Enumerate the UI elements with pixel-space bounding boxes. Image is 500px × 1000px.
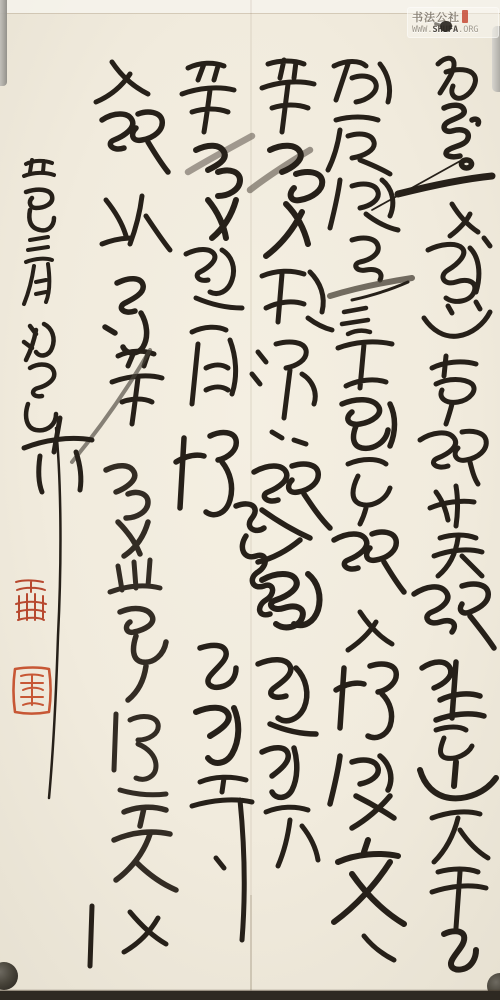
watermark-url-org: .ORG — [458, 25, 478, 35]
site-watermark: 书法公社 WWW.SHUFA.ORG — [407, 7, 499, 38]
watermark-red-seal-icon — [462, 10, 468, 23]
calligraphy-scroll-photo: 书法公社 WWW.SHUFA.ORG — [0, 0, 500, 1000]
left-scroll-rod — [0, 0, 7, 86]
watermark-url-www: WWW. — [412, 25, 432, 35]
bottom-dark-border — [0, 991, 500, 1000]
artwork-canvas — [0, 0, 500, 1000]
watermark-url: WWW.SHUFA.ORG — [412, 25, 496, 35]
watermark-logo-row: 书法公社 — [412, 9, 496, 25]
paper-background — [0, 0, 500, 1000]
